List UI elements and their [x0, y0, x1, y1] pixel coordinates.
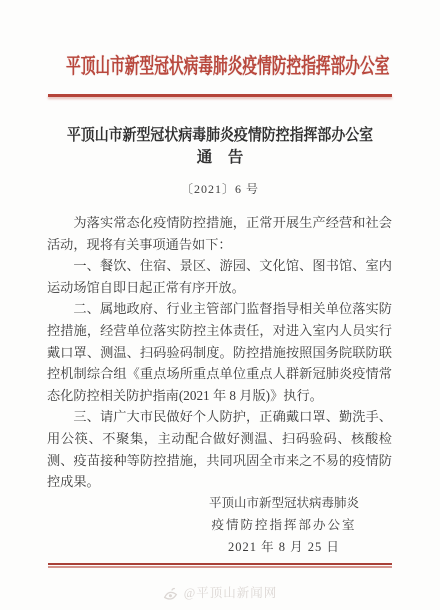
weibo-eye-icon	[161, 586, 177, 601]
document-page: 平顶山市新型冠状病毒肺炎疫情防控指挥部办公室 平顶山市新型冠状病毒肺炎疫情防控指…	[0, 0, 440, 610]
doc-subtitle: 通 告	[0, 145, 440, 167]
signature-org-line1: 平顶山市新型冠状病毒肺炎	[200, 492, 368, 514]
bottom-divider	[48, 563, 392, 568]
bottom-divider-dark-line	[48, 563, 392, 565]
doc-body: 为落实常态化疫情防控措施，正常开展生产经营和社会活动，现将有关事项通告如下： 一…	[47, 212, 392, 493]
letterhead-title: 平顶山市新型冠状病毒肺炎疫情防控指挥部办公室	[66, 50, 374, 80]
signature-block: 平顶山市新型冠状病毒肺炎 疫情防控指挥部办公室 2021 年 8 月 25 日	[200, 492, 368, 558]
doc-title: 平顶山市新型冠状病毒肺炎疫情防控指挥部办公室	[29, 122, 412, 145]
signature-org-line2: 疫情防控指挥部办公室	[200, 514, 368, 536]
watermark: @平顶山新闻网	[0, 583, 440, 601]
letterhead-divider	[48, 94, 392, 97]
paragraph-item-1: 一、餐饮、住宿、景区、游园、文化馆、图书馆、室内运动场馆自即日起正常有序开放。	[47, 255, 392, 298]
paragraph-item-2: 二、属地政府、行业主管部门监督指导相关单位落实防控措施，经营单位落实防控主体责任…	[47, 298, 392, 406]
bottom-divider-light-line	[48, 566, 392, 568]
paragraph-item-3: 三、请广大市民做好个人防护，正确戴口罩、勤洗手、用公筷、不聚集，主动配合做好测温…	[47, 406, 392, 492]
signature-date: 2021 年 8 月 25 日	[200, 536, 368, 558]
doc-number: 〔2021〕6 号	[0, 180, 440, 197]
watermark-text: @平顶山新闻网	[184, 586, 278, 600]
paragraph-intro: 为落实常态化疫情防控措施，正常开展生产经营和社会活动，现将有关事项通告如下：	[47, 212, 392, 255]
